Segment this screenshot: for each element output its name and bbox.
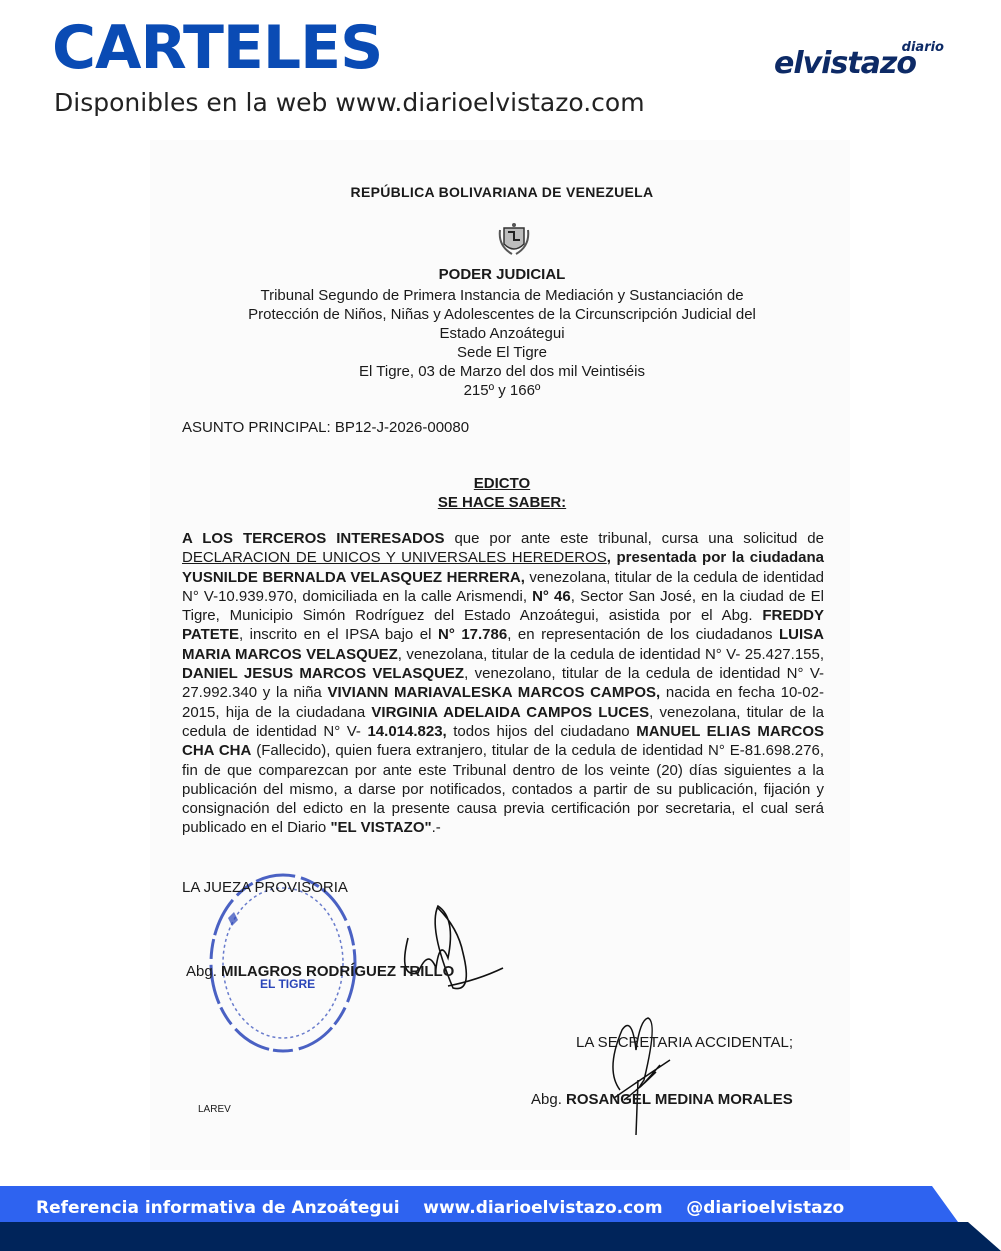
body-text: todos hijos del ciudadano: [447, 723, 636, 740]
case-number: ASUNTO PRINCIPAL: BP12-J-2026-00080: [182, 419, 469, 436]
court-line: El Tigre, 03 de Marzo del dos mil Veinti…: [182, 362, 822, 381]
country-heading: REPÚBLICA BOLIVARIANA DE VENEZUELA: [182, 184, 822, 200]
person-name: VIRGINIA ADELAIDA CAMPOS LUCES: [371, 704, 649, 721]
body-underline: DECLARACION DE UNICOS Y UNIVERSALES HERE…: [182, 549, 607, 566]
body-text: , inscrito en el IPSA bajo el: [239, 626, 438, 643]
judge-signature-icon: [378, 898, 508, 998]
court-line: Sede El Tigre: [182, 343, 822, 362]
judge-signature-line: Abg. MILAGROS RODRÍGUEZ TRILLO: [186, 963, 454, 980]
body-bold: N° 17.786: [438, 626, 507, 643]
judge-title: LA JUEZA PROVISORIA: [182, 879, 348, 896]
person-name: VIVIANN MARIAVALESKA MARCOS CAMPOS,: [327, 684, 660, 701]
person-name: DANIEL JESUS MARCOS VELASQUEZ: [182, 665, 464, 682]
body-bold: 14.014.823,: [367, 723, 446, 740]
footer-tagline: Referencia informativa de Anzoátegui: [36, 1198, 400, 1218]
judge-prefix: Abg.: [186, 963, 221, 980]
page-subtitle: Disponibles en la web www.diarioelvistaz…: [54, 88, 645, 117]
body-text: .-: [432, 819, 441, 836]
secretary-signature-icon: [600, 1010, 680, 1140]
footer-bottom-band: [0, 1222, 1001, 1251]
logo-main-text: elvistazo: [774, 46, 916, 81]
footer-social-handle[interactable]: @diarioelvistazo: [686, 1198, 844, 1218]
newspaper-name: "EL VISTAZO": [330, 819, 431, 836]
edicto-subtitle: SE HACE SABER:: [182, 494, 822, 511]
footer-text: Referencia informativa de Anzoátegui www…: [36, 1198, 844, 1218]
secretary-title: LA SECRETARIA ACCIDENTAL;: [576, 1034, 793, 1051]
body-text: (Fallecido), quien fuera extranjero, tit…: [182, 742, 824, 836]
person-name: YUSNILDE BERNALDA VELASQUEZ HERRERA,: [182, 569, 525, 586]
edicto-body: A LOS TERCEROS INTERESADOS que por ante …: [182, 529, 824, 838]
body-bold: N° 46: [532, 588, 571, 605]
body-bold: A LOS TERCEROS INTERESADOS: [182, 530, 445, 547]
body-text: , en representación de los ciudadanos: [507, 626, 779, 643]
court-line: Estado Anzoátegui: [182, 324, 822, 343]
court-line: Tribunal Segundo de Primera Instancia de…: [182, 286, 822, 305]
body-text: , presentada por la ciudadana: [607, 549, 824, 566]
coat-of-arms-icon: [496, 220, 532, 260]
elvistazo-logo: diario elvistazo: [774, 40, 944, 84]
body-text: que por ante este tribunal, cursa una so…: [445, 530, 824, 547]
edicto-title: EDICTO: [182, 475, 822, 492]
court-line: Protección de Niños, Niñas y Adolescente…: [182, 305, 822, 324]
branch-heading: PODER JUDICIAL: [182, 266, 822, 283]
page-title: CARTELES: [52, 18, 382, 78]
secretary-prefix: Abg.: [531, 1091, 566, 1108]
secretary-signature-line: Abg. ROSANGEL MEDINA MORALES: [531, 1091, 793, 1108]
court-line: 215º y 166º: [182, 381, 822, 400]
footer-website-link[interactable]: www.diarioelvistazo.com: [423, 1198, 662, 1218]
secretary-name: ROSANGEL MEDINA MORALES: [566, 1091, 793, 1108]
body-text: , venezolana, titular de la cedula de id…: [398, 646, 824, 663]
document-initials: LAREV: [198, 1104, 231, 1115]
judge-name: MILAGROS RODRÍGUEZ TRILLO: [221, 963, 454, 980]
